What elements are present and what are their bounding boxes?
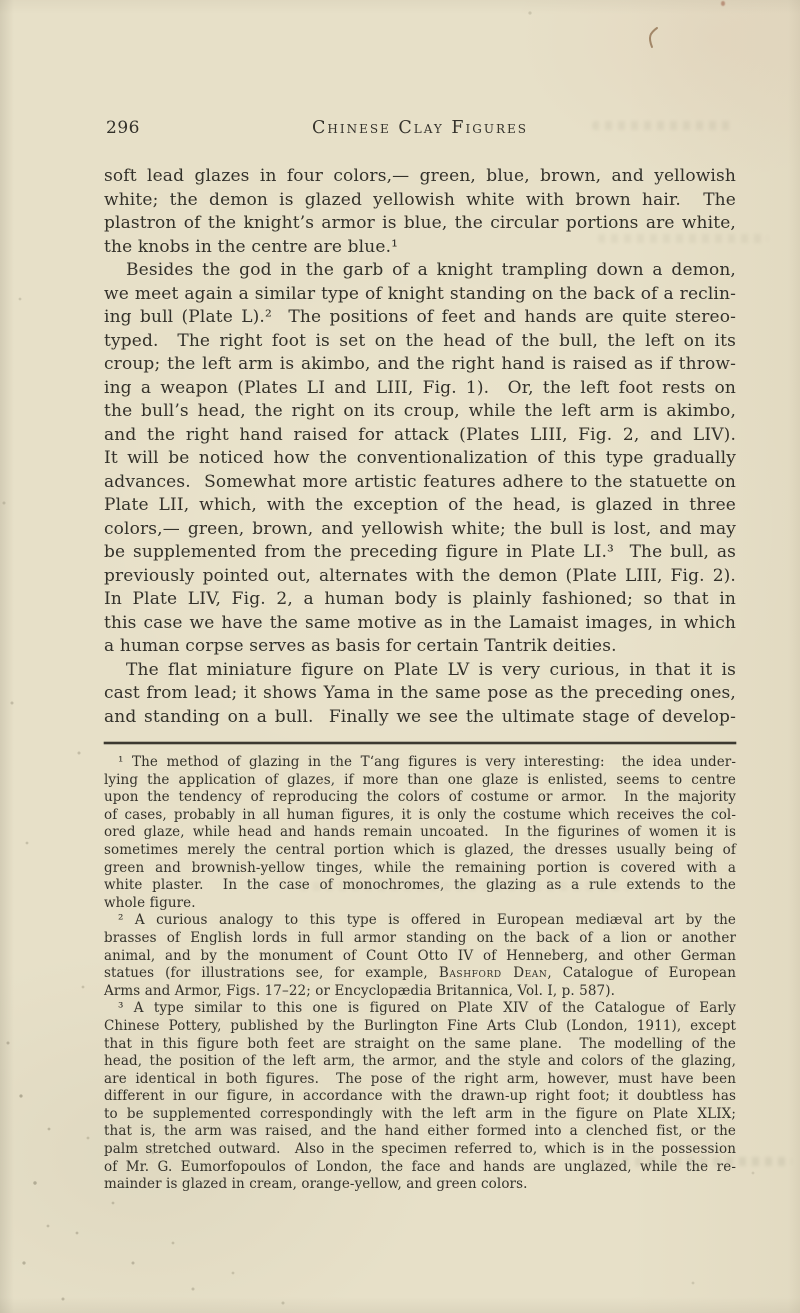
text-line: palm stretched outward. Also in the spec… bbox=[104, 1141, 736, 1159]
text-line: to be supplemented correspondingly with … bbox=[104, 1106, 736, 1124]
text-line: the knobs in the centre are blue.¹ bbox=[104, 236, 736, 260]
paper-fleck-icon bbox=[644, 26, 662, 50]
text-line: Besides the god in the garb of a knight … bbox=[104, 259, 736, 283]
text-line: croup; the left arm is akimbo, and the r… bbox=[104, 353, 736, 377]
footnotes: ¹ The method of glazing in the T‘ang fig… bbox=[104, 754, 736, 1194]
body-paragraph-1: soft lead glazes in four colors,— green,… bbox=[104, 165, 736, 259]
text-line: ored glaze, while head and hands remain … bbox=[104, 824, 736, 842]
text-line: brasses of English lords in full armor s… bbox=[104, 930, 736, 948]
text-line: white plaster. In the case of monochrome… bbox=[104, 877, 736, 895]
text-line: ¹ The method of glazing in the T‘ang fig… bbox=[104, 754, 736, 772]
text-line: advances. Somewhat more artistic feature… bbox=[104, 471, 736, 495]
text-line: In Plate LIV, Fig. 2, a human body is pl… bbox=[104, 588, 736, 612]
text-line: ³ A type similar to this one is figured … bbox=[104, 1000, 736, 1018]
text-line: head, the position of the left arm, the … bbox=[104, 1053, 736, 1071]
footnote-rule bbox=[104, 742, 736, 744]
footnote-2: ² A curious analogy to this type is offe… bbox=[104, 912, 736, 1000]
text-line: typed. The right foot is set on the head… bbox=[104, 330, 736, 354]
text-line: we meet again a similar type of knight s… bbox=[104, 283, 736, 307]
text-line: and the right hand raised for attack (Pl… bbox=[104, 424, 736, 448]
text-line: a human corpse serves as basis for certa… bbox=[104, 635, 736, 659]
text-line: the bull’s head, the right on its croup,… bbox=[104, 400, 736, 424]
text-line: lying the application of glazes, if more… bbox=[104, 772, 736, 790]
text-line: plastron of the knight’s armor is blue, … bbox=[104, 212, 736, 236]
text-line: Plate LII, which, with the exception of … bbox=[104, 494, 736, 518]
footnote-1: ¹ The method of glazing in the T‘ang fig… bbox=[104, 754, 736, 912]
text-line: be supplemented from the preceding figur… bbox=[104, 541, 736, 565]
text-line: statues (for illustrations see, for exam… bbox=[104, 965, 736, 983]
text-line: sometimes merely the central portion whi… bbox=[104, 842, 736, 860]
text-line: It will be noticed how the conventionali… bbox=[104, 447, 736, 471]
text-line: colors,— green, brown, and yellowish whi… bbox=[104, 518, 736, 542]
text-line: of Mr. G. Eumorfopoulos of London, the f… bbox=[104, 1159, 736, 1177]
text-line: of cases, probably in all human figures,… bbox=[104, 807, 736, 825]
body-paragraph-2: Besides the god in the garb of a knight … bbox=[104, 259, 736, 659]
text-line: mainder is glazed in cream, orange-yello… bbox=[104, 1176, 736, 1194]
text-line: this case we have the same motive as in … bbox=[104, 612, 736, 636]
running-head: 296 Chinese Clay Figures bbox=[104, 118, 736, 140]
text-line: that in this figure both feet are straig… bbox=[104, 1036, 736, 1054]
footnote-3: ³ A type similar to this one is figured … bbox=[104, 1000, 736, 1194]
text-line: green and brownish-yellow tinges, while … bbox=[104, 860, 736, 878]
text-line: ing bull (Plate L).² The positions of fe… bbox=[104, 306, 736, 330]
body-paragraph-3: The flat miniature figure on Plate LV is… bbox=[104, 659, 736, 730]
page-number: 296 bbox=[106, 118, 140, 138]
text-line: Chinese Pottery, published by the Burlin… bbox=[104, 1018, 736, 1036]
text-line: cast from lead; it shows Yama in the sam… bbox=[104, 682, 736, 706]
text-line: upon the tendency of reproducing the col… bbox=[104, 789, 736, 807]
page-header-title: Chinese Clay Figures bbox=[104, 118, 736, 138]
text-line: whole figure. bbox=[104, 895, 736, 913]
text-line: soft lead glazes in four colors,— green,… bbox=[104, 165, 736, 189]
text-column: 296 Chinese Clay Figures soft lead glaze… bbox=[104, 118, 736, 1194]
text-line: ing a weapon (Plates LI and LIII, Fig. 1… bbox=[104, 377, 736, 401]
text-line: Arms and Armor, Figs. 17–22; or Encyclop… bbox=[104, 983, 736, 1001]
body-text: soft lead glazes in four colors,— green,… bbox=[104, 165, 736, 729]
small-caps-name: Bashford Dean bbox=[439, 965, 548, 981]
text-line: are identical in both figures. The pose … bbox=[104, 1071, 736, 1089]
text-line: The flat miniature figure on Plate LV is… bbox=[104, 659, 736, 683]
paper-dot bbox=[721, 1, 725, 6]
text-line: previously pointed out, alternates with … bbox=[104, 565, 736, 589]
text-line: that is, the arm was raised, and the han… bbox=[104, 1123, 736, 1141]
text-line: ² A curious analogy to this type is offe… bbox=[104, 912, 736, 930]
text-line: different in our figure, in accordance w… bbox=[104, 1088, 736, 1106]
book-page-scan: 296 Chinese Clay Figures soft lead glaze… bbox=[0, 0, 800, 1313]
text-line: white; the demon is glazed yellowish whi… bbox=[104, 189, 736, 213]
text-line: animal, and by the monument of Count Ott… bbox=[104, 948, 736, 966]
text-line: and standing on a bull. Finally we see t… bbox=[104, 706, 736, 730]
